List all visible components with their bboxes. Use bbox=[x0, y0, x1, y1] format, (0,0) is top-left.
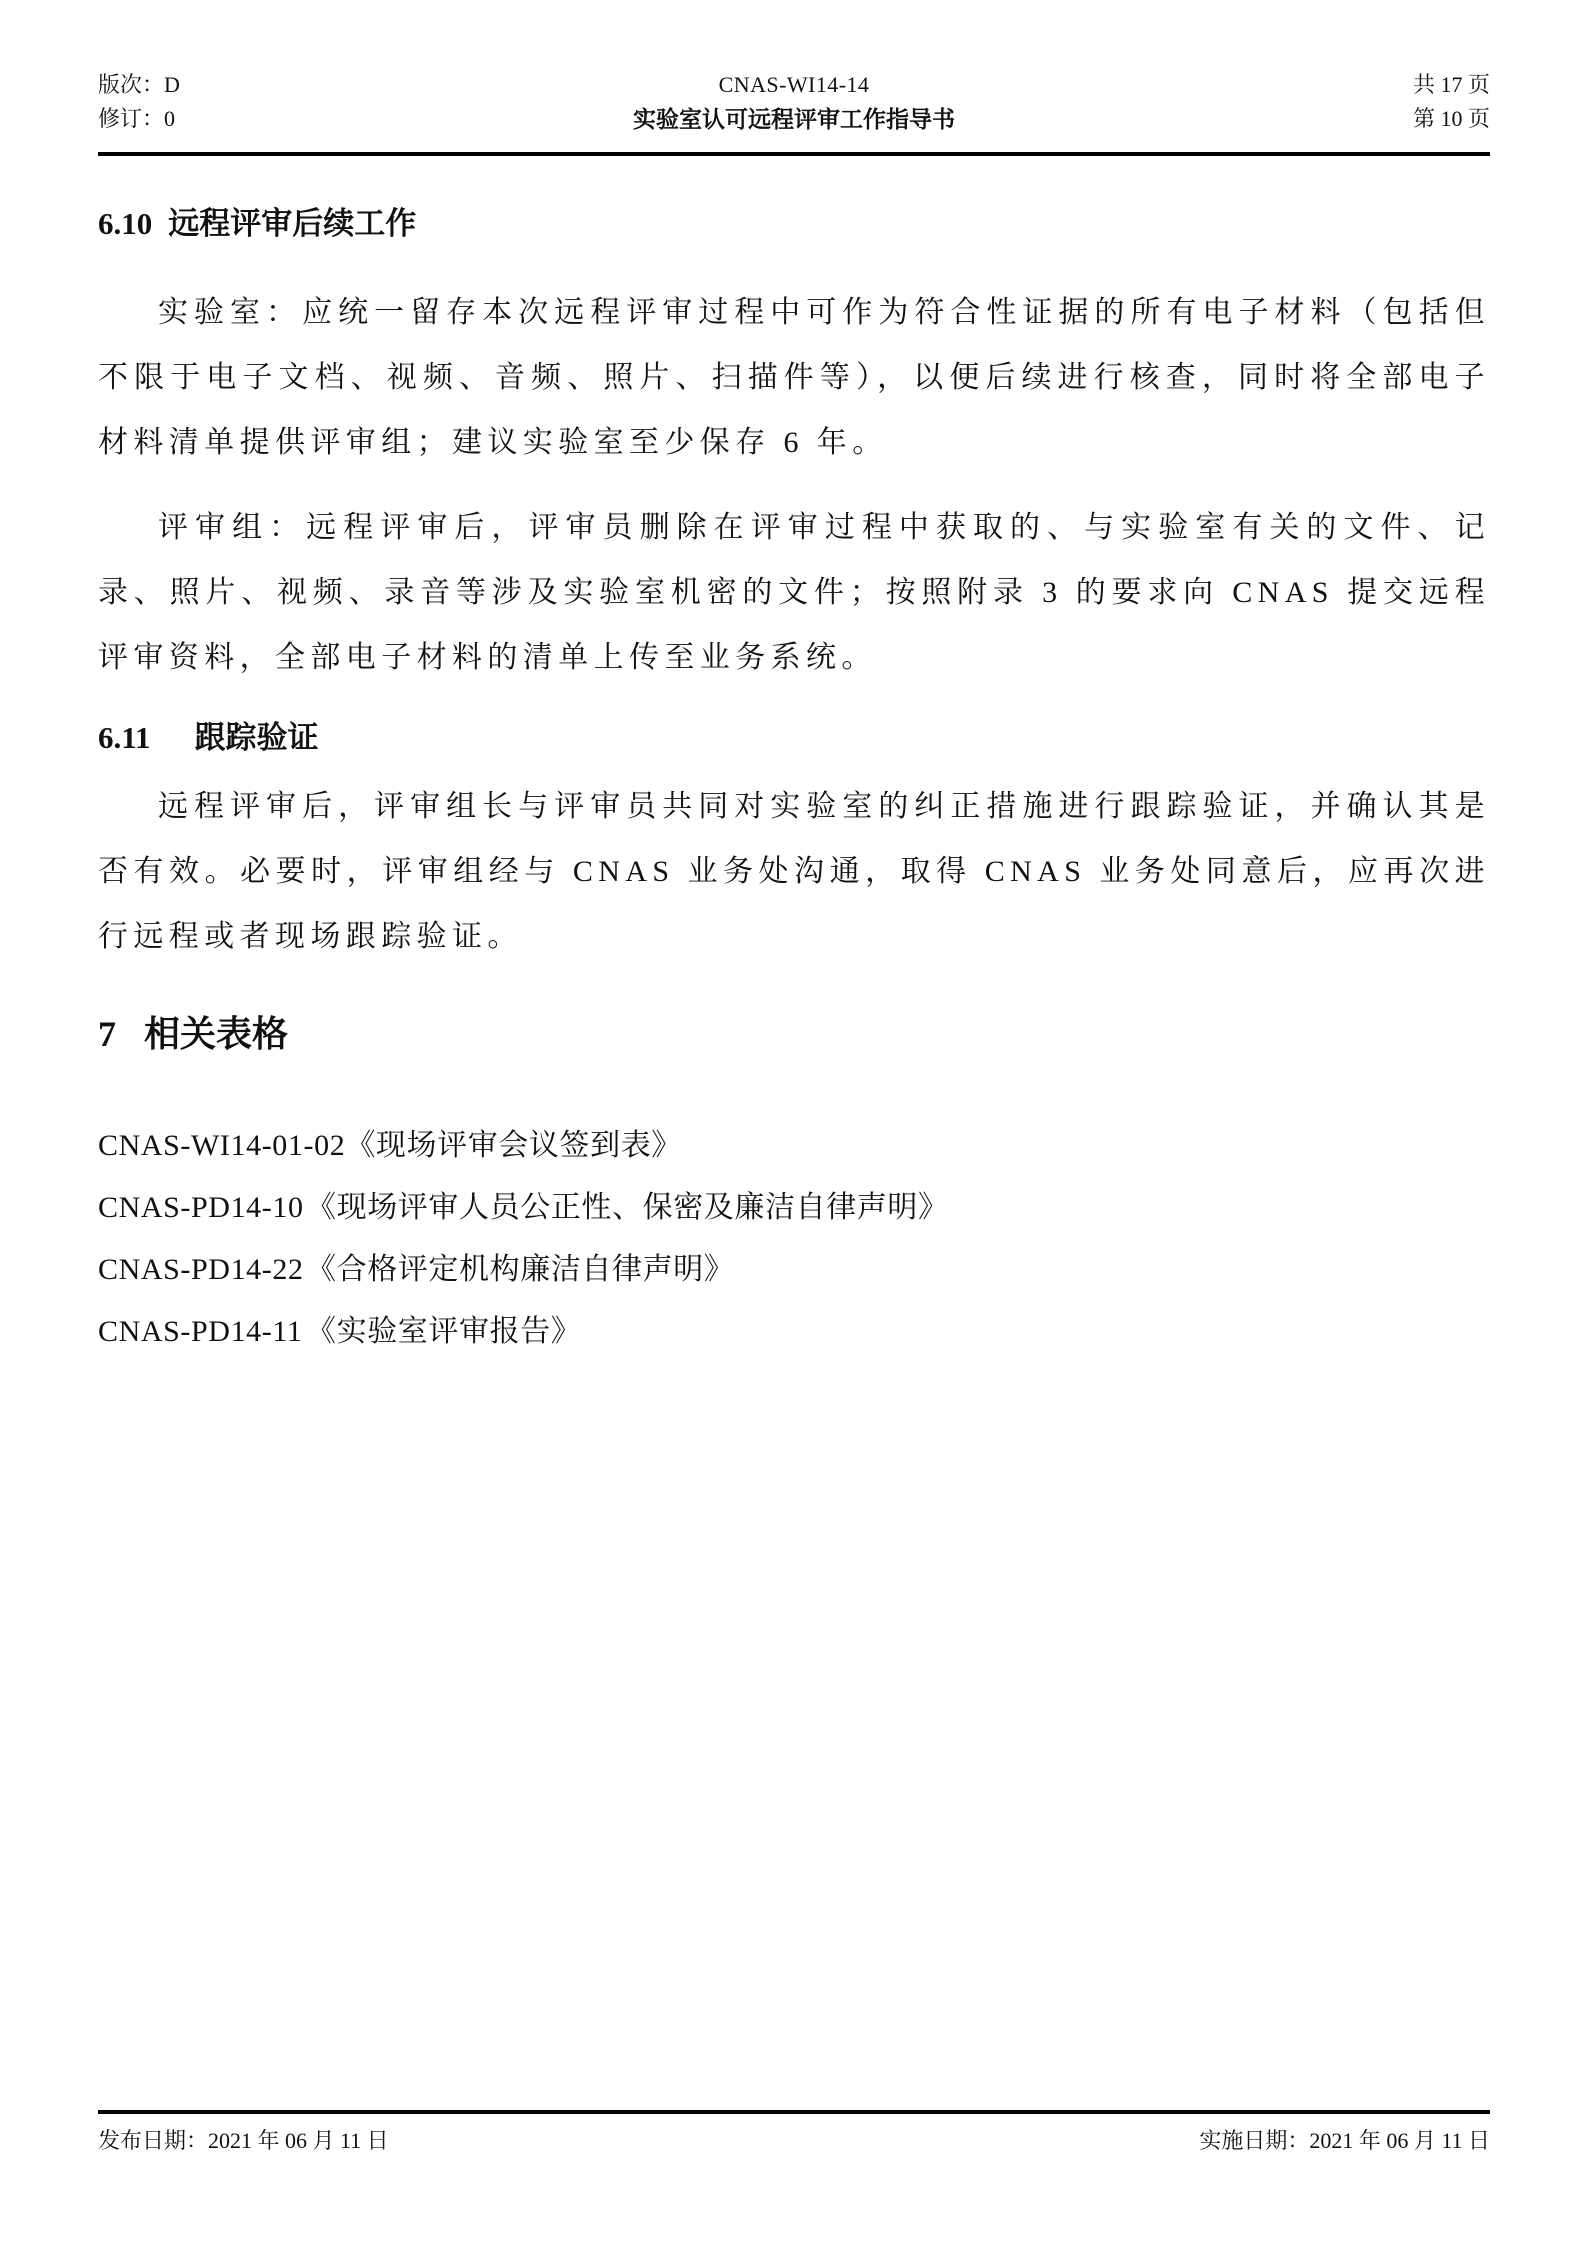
section-heading-6-10: 6.10远程评审后续工作 bbox=[98, 202, 1490, 246]
section-title: 远程评审后续工作 bbox=[168, 206, 416, 241]
header-page-number: 第 10 页 bbox=[955, 102, 1490, 136]
paragraph-assessment-team: 评审组：远程评审后，评审员删除在评审过程中获取的、与实验室有关的文件、记录、照片… bbox=[98, 495, 1490, 690]
header-left-column: 版次：D 修订：0 bbox=[98, 68, 633, 136]
form-code: CNAS-PD14-22 bbox=[98, 1239, 306, 1301]
page-footer: 发布日期：2021 年 06 月 11 日 实施日期：2021 年 06 月 1… bbox=[98, 2110, 1490, 2156]
header-doc-number: CNAS-WI14-14 bbox=[633, 68, 955, 102]
form-list-item: CNAS-PD14-22 《合格评定机构廉洁自律声明》 bbox=[98, 1239, 1490, 1301]
header-center-column: CNAS-WI14-14 实验室认可远程评审工作指导书 bbox=[633, 68, 955, 136]
form-title: 《合格评定机构廉洁自律声明》 bbox=[306, 1239, 1490, 1301]
section-number: 7 bbox=[98, 1014, 116, 1054]
section-number: 6.10 bbox=[98, 206, 152, 241]
form-list-item: CNAS-PD14-10 《现场评审人员公正性、保密及廉洁自律声明》 bbox=[98, 1177, 1490, 1239]
form-title: 《现场评审人员公正性、保密及廉洁自律声明》 bbox=[306, 1177, 1490, 1239]
page-header: 版次：D 修订：0 CNAS-WI14-14 实验室认可远程评审工作指导书 共 … bbox=[98, 0, 1490, 156]
header-version: 版次：D bbox=[98, 68, 633, 102]
document-page: 版次：D 修订：0 CNAS-WI14-14 实验室认可远程评审工作指导书 共 … bbox=[0, 0, 1588, 2245]
implement-date: 实施日期：2021 年 06 月 11 日 bbox=[1199, 2126, 1490, 2156]
header-right-column: 共 17 页 第 10 页 bbox=[955, 68, 1490, 136]
header-revision: 修订：0 bbox=[98, 102, 633, 136]
paragraph-lab-retention: 实验室：应统一留存本次远程评审过程中可作为符合性证据的所有电子材料（包括但不限于… bbox=[98, 280, 1490, 475]
section-title: 跟踪验证 bbox=[195, 720, 319, 755]
related-forms-list: CNAS-WI14-01-02 《现场评审会议签到表》 CNAS-PD14-10… bbox=[98, 1115, 1490, 1363]
form-code: CNAS-PD14-10 bbox=[98, 1177, 306, 1239]
form-title: 《实验室评审报告》 bbox=[306, 1301, 1490, 1363]
form-code: CNAS-WI14-01-02 bbox=[98, 1115, 345, 1177]
form-code: CNAS-PD14-11 bbox=[98, 1301, 306, 1363]
form-title: 《现场评审会议签到表》 bbox=[345, 1115, 1490, 1177]
form-list-item: CNAS-WI14-01-02 《现场评审会议签到表》 bbox=[98, 1115, 1490, 1177]
form-list-item: CNAS-PD14-11 《实验室评审报告》 bbox=[98, 1301, 1490, 1363]
section-heading-7: 7相关表格 bbox=[98, 1009, 1490, 1059]
header-total-pages: 共 17 页 bbox=[955, 68, 1490, 102]
release-date: 发布日期：2021 年 06 月 11 日 bbox=[98, 2126, 389, 2156]
section-heading-6-11: 6.11跟踪验证 bbox=[98, 716, 1490, 760]
section-title: 相关表格 bbox=[144, 1013, 288, 1054]
paragraph-follow-up-verification: 远程评审后，评审组长与评审员共同对实验室的纠正措施进行跟踪验证，并确认其是否有效… bbox=[98, 774, 1490, 969]
section-number: 6.11 bbox=[98, 720, 151, 755]
document-body: 6.10远程评审后续工作 实验室：应统一留存本次远程评审过程中可作为符合性证据的… bbox=[98, 202, 1490, 1363]
header-doc-title: 实验室认可远程评审工作指导书 bbox=[633, 102, 955, 136]
